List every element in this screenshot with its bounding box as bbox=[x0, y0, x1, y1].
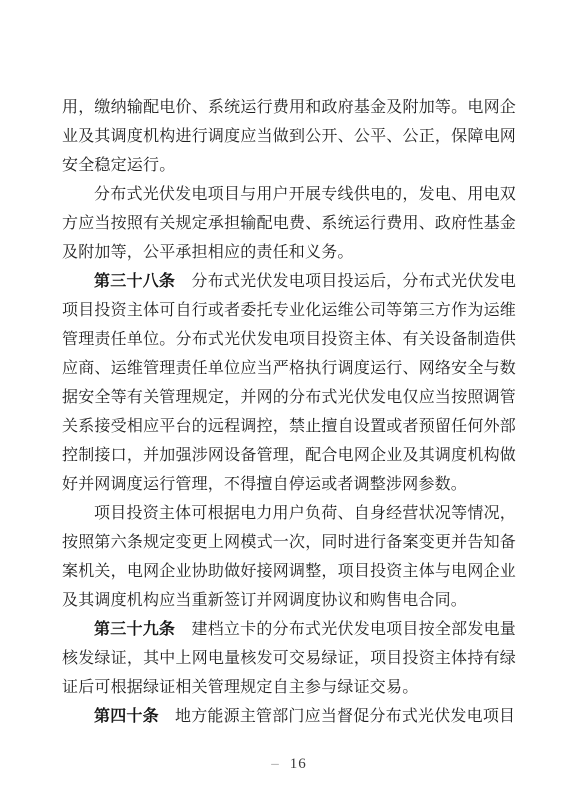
page-footer: –16 bbox=[0, 754, 578, 774]
document-body: 用，缴纳输配电价、系统运行费用和政府基金及附加等。电网企业及其调度机构进行调度应… bbox=[62, 93, 516, 731]
paragraph-text: 分布式光伏发电项目投运后，分布式光伏发电项目投资主体可自行或者委托专业化运维公司… bbox=[62, 273, 516, 493]
footer-dash: – bbox=[271, 756, 279, 772]
paragraph: 第三十九条 建档立卡的分布式光伏发电项目按全部发电量核发绿证，其中上网电量核发可… bbox=[62, 615, 516, 702]
page-number: 16 bbox=[290, 756, 307, 772]
paragraph-text: 地方能源主管部门应当督促分布式光伏发电项目 bbox=[159, 708, 515, 725]
article-number: 第四十条 bbox=[94, 708, 159, 725]
paragraph-text: 项目投资主体可根据电力用户负荷、自身经营状况等情况，按照第六条规定变更上网模式一… bbox=[62, 505, 516, 609]
paragraph: 用，缴纳输配电价、系统运行费用和政府基金及附加等。电网企业及其调度机构进行调度应… bbox=[62, 93, 516, 180]
paragraph-text: 用，缴纳输配电价、系统运行费用和政府基金及附加等。电网企业及其调度机构进行调度应… bbox=[62, 99, 516, 174]
paragraph: 第四十条 地方能源主管部门应当督促分布式光伏发电项目 bbox=[62, 702, 516, 731]
paragraph: 项目投资主体可根据电力用户负荷、自身经营状况等情况，按照第六条规定变更上网模式一… bbox=[62, 499, 516, 615]
paragraph: 分布式光伏发电项目与用户开展专线供电的，发电、用电双方应当按照有关规定承担输配电… bbox=[62, 180, 516, 267]
document-page: 用，缴纳输配电价、系统运行费用和政府基金及附加等。电网企业及其调度机构进行调度应… bbox=[0, 0, 578, 812]
article-number: 第三十八条 bbox=[94, 273, 175, 290]
paragraph-text: 分布式光伏发电项目与用户开展专线供电的，发电、用电双方应当按照有关规定承担输配电… bbox=[62, 186, 516, 261]
paragraph: 第三十八条 分布式光伏发电项目投运后，分布式光伏发电项目投资主体可自行或者委托专… bbox=[62, 267, 516, 499]
article-number: 第三十九条 bbox=[94, 621, 175, 638]
